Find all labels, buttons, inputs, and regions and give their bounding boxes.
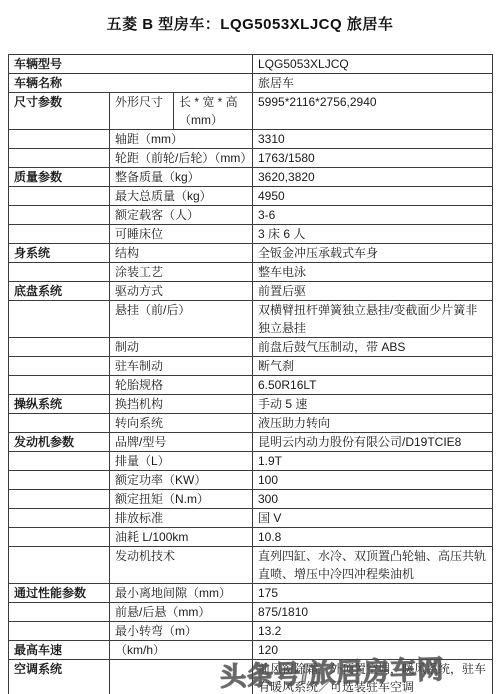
category-cell	[9, 547, 110, 584]
param-label-cell: 悬挂（前/后）	[110, 301, 253, 338]
table-row: 身系统结构全钣金冲压承载式车身	[9, 244, 493, 263]
table-row: 空调系统前风窗除霜，外顶置空调，暖风系统，驻车有暖风系统／可选装驻车空调	[9, 660, 493, 694]
param-label-cell: 品牌/型号	[110, 433, 253, 452]
table-row: 底盘系统驱动方式前置后驱	[9, 282, 493, 301]
param-value-cell: 3 床 6 人	[253, 225, 493, 244]
table-row: 通过性能参数最小离地间隙（mm）175	[9, 584, 493, 603]
param-value-cell: 3310	[253, 130, 493, 149]
table-row: 发动机技术直列四缸、水冷、双顶置凸轮轴、高压共轨直喷、增压中冷四冲程柴油机	[9, 547, 493, 584]
table-row: 制动前盘后鼓气压制动，带 ABS	[9, 338, 493, 357]
vehicle-spec-table: 车辆型号LQG5053XLJCQ车辆名称旅居车尺寸参数外形尺寸长 * 宽 * 高…	[8, 54, 493, 694]
param-label-cell: 最小离地间隙（mm）	[110, 584, 253, 603]
category-cell: 底盘系统	[9, 282, 110, 301]
param-value-cell: 国 V	[253, 509, 493, 528]
param-label-cell: 换挡机构	[110, 395, 253, 414]
category-cell: 身系统	[9, 244, 110, 263]
param-value-cell: 前盘后鼓气压制动，带 ABS	[253, 338, 493, 357]
spec-sheet-page: 五菱 B 型房车：LQG5053XLJCQ 旅居车 车辆型号LQG5053XLJ…	[0, 0, 500, 694]
param-value-cell: 直列四缸、水冷、双顶置凸轮轴、高压共轨直喷、增压中冷四冲程柴油机	[253, 547, 493, 584]
param-value-cell: 全钣金冲压承载式车身	[253, 244, 493, 263]
category-cell: 尺寸参数	[9, 93, 110, 130]
table-row: 轴距（mm）3310	[9, 130, 493, 149]
sub-label-cell: 长 * 宽 * 高（mm）	[174, 93, 253, 130]
param-value-cell: 前风窗除霜，外顶置空调，暖风系统，驻车有暖风系统／可选装驻车空调	[253, 660, 493, 694]
param-label-cell: 驻车制动	[110, 357, 253, 376]
param-value-cell: 3-6	[253, 206, 493, 225]
param-label-cell: 排放标准	[110, 509, 253, 528]
table-row: 悬挂（前/后）双横臂扭杆弹簧独立悬挂/变截面少片簧非独立悬挂	[9, 301, 493, 338]
param-value-cell: LQG5053XLJCQ	[253, 55, 493, 74]
category-cell	[9, 130, 110, 149]
category-cell	[9, 509, 110, 528]
category-cell	[9, 603, 110, 622]
category-cell	[9, 357, 110, 376]
category-cell: 车辆型号	[9, 55, 253, 74]
param-value-cell: 旅居车	[253, 74, 493, 93]
category-cell: 操纵系统	[9, 395, 110, 414]
category-cell	[9, 301, 110, 338]
param-label-cell: 前悬/后悬（mm）	[110, 603, 253, 622]
param-label-cell: （km/h）	[110, 641, 253, 660]
param-label-cell: 可睡床位	[110, 225, 253, 244]
param-label-cell: 结构	[110, 244, 253, 263]
table-row: 轮胎规格6.50R16LT	[9, 376, 493, 395]
category-cell	[9, 622, 110, 641]
param-value-cell: 120	[253, 641, 493, 660]
param-value-cell: 手动 5 速	[253, 395, 493, 414]
param-value-cell: 断气刹	[253, 357, 493, 376]
param-label-cell: 排量（L）	[110, 452, 253, 471]
param-value-cell: 13.2	[253, 622, 493, 641]
param-value-cell: 液压助力转向	[253, 414, 493, 433]
category-cell	[9, 338, 110, 357]
table-row: 车辆型号LQG5053XLJCQ	[9, 55, 493, 74]
category-cell	[9, 225, 110, 244]
param-value-cell: 4950	[253, 187, 493, 206]
table-row: 油耗 L/100km10.8	[9, 528, 493, 547]
param-label-cell: 轮胎规格	[110, 376, 253, 395]
category-cell	[9, 471, 110, 490]
category-cell: 通过性能参数	[9, 584, 110, 603]
category-cell	[9, 149, 110, 168]
table-row: 车辆名称旅居车	[9, 74, 493, 93]
category-cell: 车辆名称	[9, 74, 253, 93]
param-value-cell: 1763/1580	[253, 149, 493, 168]
category-cell	[9, 263, 110, 282]
sub-label-cell: 外形尺寸	[110, 93, 174, 130]
param-label-cell: 驱动方式	[110, 282, 253, 301]
param-label-cell: 涂装工艺	[110, 263, 253, 282]
table-row: 最高车速（km/h）120	[9, 641, 493, 660]
param-value-cell: 昆明云内动力股份有限公司/D19TCIE8	[253, 433, 493, 452]
param-value-cell: 6.50R16LT	[253, 376, 493, 395]
param-value-cell: 双横臂扭杆弹簧独立悬挂/变截面少片簧非独立悬挂	[253, 301, 493, 338]
param-label-cell: 最小转弯（m）	[110, 622, 253, 641]
page-title: 五菱 B 型房车：LQG5053XLJCQ 旅居车	[0, 0, 500, 54]
table-row: 操纵系统换挡机构手动 5 速	[9, 395, 493, 414]
table-row: 排量（L）1.9T	[9, 452, 493, 471]
table-row: 前悬/后悬（mm）875/1810	[9, 603, 493, 622]
category-cell: 发动机参数	[9, 433, 110, 452]
table-row: 最小转弯（m）13.2	[9, 622, 493, 641]
param-value-cell: 100	[253, 471, 493, 490]
table-row: 发动机参数品牌/型号昆明云内动力股份有限公司/D19TCIE8	[9, 433, 493, 452]
param-value-cell: 整车电泳	[253, 263, 493, 282]
param-value-cell: 1.9T	[253, 452, 493, 471]
param-value-cell: 300	[253, 490, 493, 509]
param-label-cell: 额定扭矩（N.m）	[110, 490, 253, 509]
param-label-cell: 油耗 L/100km	[110, 528, 253, 547]
param-label-cell: 制动	[110, 338, 253, 357]
param-label-cell: 转向系统	[110, 414, 253, 433]
param-value-cell: 175	[253, 584, 493, 603]
param-label-cell	[110, 660, 253, 694]
table-row: 驻车制动断气刹	[9, 357, 493, 376]
table-row: 涂装工艺整车电泳	[9, 263, 493, 282]
param-label-cell: 整备质量（kg）	[110, 168, 253, 187]
table-row: 尺寸参数外形尺寸长 * 宽 * 高（mm）5995*2116*2756,2940	[9, 93, 493, 130]
table-row: 轮距（前轮/后轮）（mm）1763/1580	[9, 149, 493, 168]
table-row: 额定扭矩（N.m）300	[9, 490, 493, 509]
param-label-cell: 额定载客（人）	[110, 206, 253, 225]
param-label-cell: 额定功率（KW）	[110, 471, 253, 490]
table-row: 额定功率（KW）100	[9, 471, 493, 490]
table-row: 排放标准国 V	[9, 509, 493, 528]
category-cell	[9, 376, 110, 395]
param-label-cell: 最大总质量（kg）	[110, 187, 253, 206]
category-cell	[9, 452, 110, 471]
category-cell: 空调系统	[9, 660, 110, 694]
param-value-cell: 875/1810	[253, 603, 493, 622]
param-value-cell: 前置后驱	[253, 282, 493, 301]
param-value-cell: 5995*2116*2756,2940	[253, 93, 493, 130]
category-cell	[9, 490, 110, 509]
category-cell: 质量参数	[9, 168, 110, 187]
category-cell	[9, 414, 110, 433]
param-value-cell: 10.8	[253, 528, 493, 547]
table-row: 最大总质量（kg）4950	[9, 187, 493, 206]
table-row: 可睡床位3 床 6 人	[9, 225, 493, 244]
param-value-cell: 3620,3820	[253, 168, 493, 187]
category-cell: 最高车速	[9, 641, 110, 660]
table-row: 质量参数整备质量（kg）3620,3820	[9, 168, 493, 187]
param-label-cell: 轮距（前轮/后轮）（mm）	[110, 149, 253, 168]
table-row: 转向系统液压助力转向	[9, 414, 493, 433]
param-label-cell: 轴距（mm）	[110, 130, 253, 149]
category-cell	[9, 206, 110, 225]
category-cell	[9, 528, 110, 547]
param-label-cell: 发动机技术	[110, 547, 253, 584]
table-row: 额定载客（人）3-6	[9, 206, 493, 225]
spec-table-body: 车辆型号LQG5053XLJCQ车辆名称旅居车尺寸参数外形尺寸长 * 宽 * 高…	[9, 55, 493, 694]
category-cell	[9, 187, 110, 206]
